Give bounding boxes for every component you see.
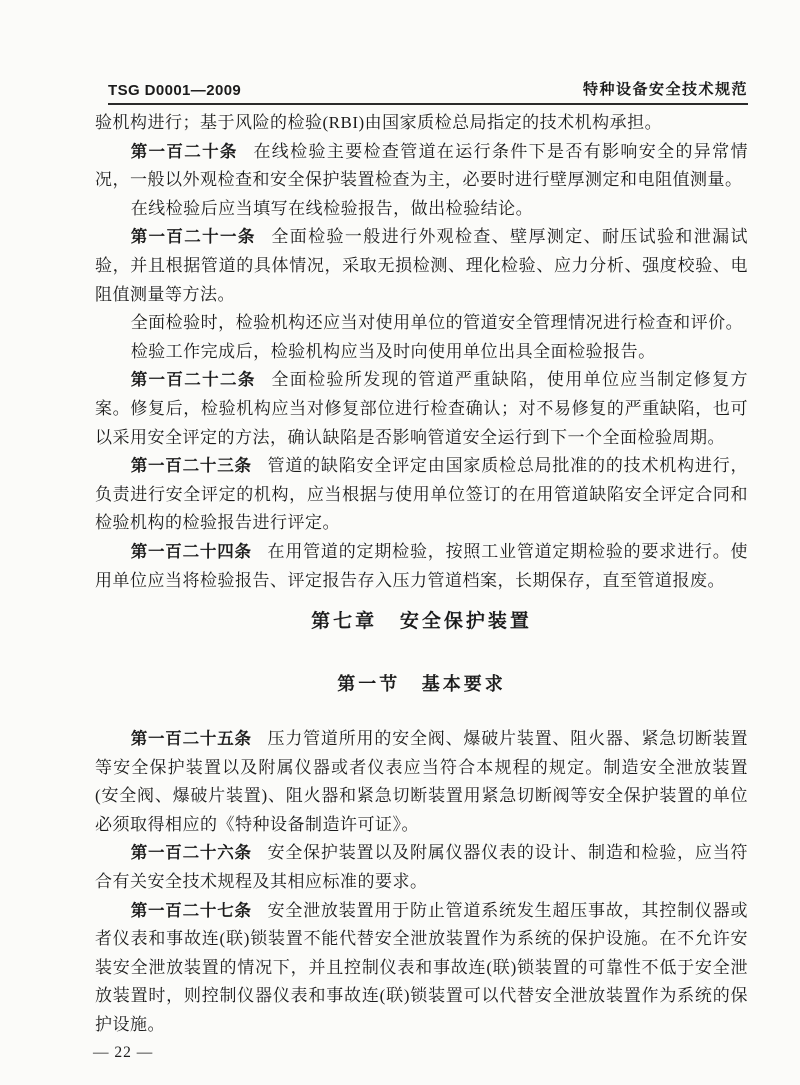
article-paragraph: 第一百二十四条在用管道的定期检验，按照工业管道定期检验的要求进行。使用单位应当将… [95, 538, 748, 595]
article-number: 第一百二十条 [131, 143, 238, 161]
article-paragraph: 第一百二十条在线检验主要检查管道在运行条件下是否有影响安全的异常情况，一般以外观… [95, 138, 748, 195]
section-heading: 第一节基本要求 [95, 669, 748, 699]
document-body: 验机构进行；基于风险的检验(RBI)由国家质检总局指定的技术机构承担。 第一百二… [95, 109, 748, 1040]
section-label: 第一节 [337, 674, 400, 694]
article-paragraph: 第一百二十五条压力管道所用的安全阀、爆破片装置、阻火器、紧急切断装置等安全保护装… [95, 725, 748, 839]
article-number: 第一百二十七条 [131, 902, 252, 920]
doc-number: TSG D0001—2009 [108, 82, 241, 99]
article-number: 第一百二十六条 [131, 844, 252, 862]
article-number: 第一百二十一条 [131, 228, 256, 246]
document-page: TSG D0001—2009 特种设备安全技术规范 验机构进行；基于风险的检验(… [0, 0, 800, 1085]
article-number: 第一百二十四条 [131, 543, 252, 561]
chapter-label: 第七章 [311, 611, 377, 632]
article-text: 安全泄放装置用于防止管道系统发生超压事故，其控制仪器或者仪表和事故连(联)锁装置… [95, 901, 748, 1034]
page-footer: — 22 — [93, 1044, 153, 1062]
chapter-heading: 第七章安全保护装置 [95, 607, 748, 637]
article-paragraph: 第一百二十七条安全泄放装置用于防止管道系统发生超压事故，其控制仪器或者仪表和事故… [95, 897, 748, 1040]
section-title: 基本要求 [422, 674, 506, 694]
article-paragraph: 第一百二十二条全面检验所发现的管道严重缺陷，使用单位应当制定修复方案。修复后，检… [95, 366, 748, 452]
page-number: — 22 — [93, 1044, 153, 1061]
article-paragraph: 第一百二十三条管道的缺陷安全评定由国家质检总局批准的的技术机构进行，负责进行安全… [95, 452, 748, 538]
article-number: 第一百二十三条 [131, 457, 252, 475]
article-paragraph: 第一百二十一条全面检验一般进行外观检查、壁厚测定、耐压试验和泄漏试验，并且根据管… [95, 223, 748, 309]
article-paragraph: 第一百二十六条安全保护装置以及附属仪器仪表的设计、制造和检验，应当符合有关安全技… [95, 839, 748, 896]
article-number: 第一百二十二条 [131, 371, 256, 389]
paragraph: 在线检验后应当填写在线检验报告，做出检验结论。 [95, 195, 748, 224]
paragraph: 全面检验时，检验机构还应当对使用单位的管道安全管理情况进行检查和评价。 [95, 309, 748, 338]
page-header: TSG D0001—2009 特种设备安全技术规范 [108, 78, 748, 105]
paragraph-continuation: 验机构进行；基于风险的检验(RBI)由国家质检总局指定的技术机构承担。 [95, 109, 748, 138]
paragraph: 检验工作完成后，检验机构应当及时向使用单位出具全面检验报告。 [95, 338, 748, 367]
doc-title: 特种设备安全技术规范 [583, 78, 748, 99]
chapter-title: 安全保护装置 [400, 611, 532, 632]
article-number: 第一百二十五条 [131, 730, 252, 748]
